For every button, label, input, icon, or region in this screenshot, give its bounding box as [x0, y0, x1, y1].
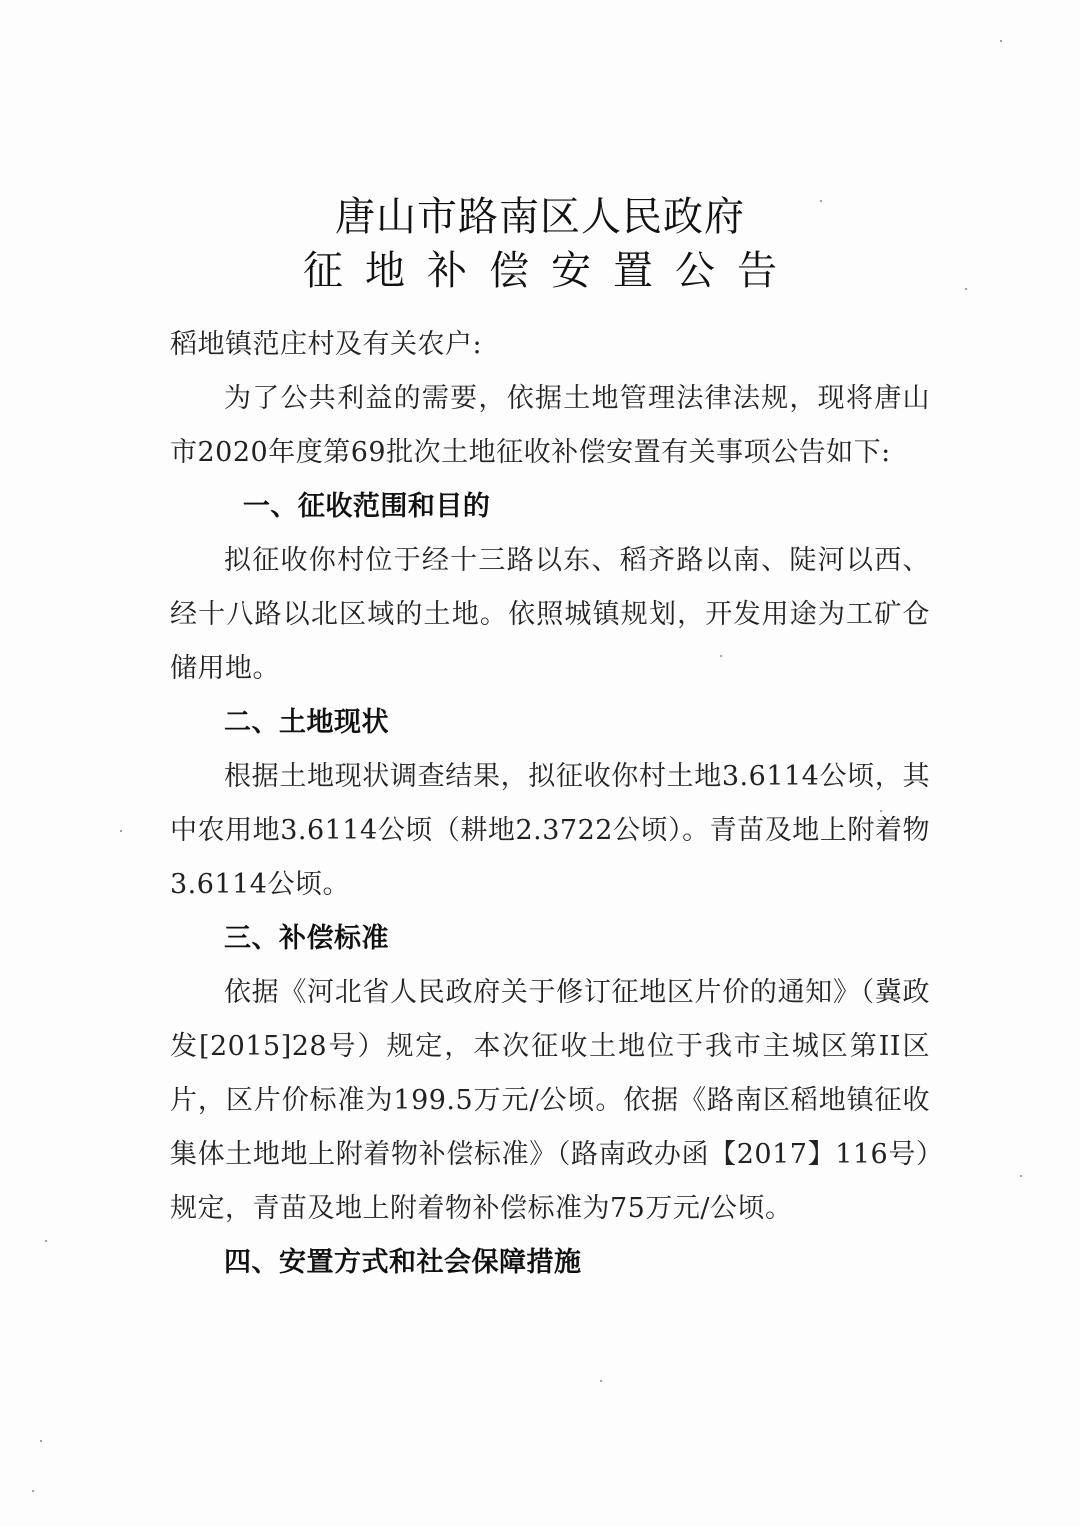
scan-speck — [40, 1440, 42, 1442]
title-subject: 征地补偿安置公告 — [22, 244, 1080, 298]
salutation: 稻地镇范庄村及有关农户: — [170, 318, 930, 372]
document-body: 稻地镇范庄村及有关农户: 为了公共利益的需要，依据土地管理法律法规，现将唐山市2… — [170, 318, 930, 1290]
scan-speck — [965, 288, 967, 290]
scan-speck — [720, 655, 722, 657]
scan-speck — [820, 200, 822, 202]
section-body-scope: 拟征收你村位于经十三路以东、稻齐路以南、陡河以西、经十八路以北区域的土地。依照城… — [170, 534, 930, 696]
section-heading-compensation: 三、补偿标准 — [170, 912, 930, 966]
scan-speck — [120, 830, 122, 832]
section-heading-scope: 一、征收范围和目的 — [170, 480, 930, 534]
scan-speck — [1000, 40, 1002, 42]
intro-paragraph: 为了公共利益的需要，依据土地管理法律法规，现将唐山市2020年度第69批次土地征… — [170, 372, 930, 480]
scan-speck — [45, 1240, 47, 1242]
section-heading-resettlement: 四、安置方式和社会保障措施 — [170, 1236, 930, 1290]
document-title: 唐山市路南区人民政府 征地补偿安置公告 — [0, 190, 1080, 298]
scan-speck — [1020, 1175, 1022, 1177]
scan-speck — [32, 1490, 34, 1492]
title-issuer: 唐山市路南区人民政府 — [0, 190, 1080, 244]
scan-speck — [880, 810, 882, 812]
scan-speck — [600, 1380, 602, 1382]
section-body-land-status: 根据土地现状调查结果，拟征收你村土地3.6114公顷，其中农用地3.6114公顷… — [170, 750, 930, 912]
section-body-compensation: 依据《河北省人民政府关于修订征地区片价的通知》（冀政发[2015]28号）规定，… — [170, 966, 930, 1236]
section-heading-land-status: 二、土地现状 — [170, 696, 930, 750]
scanned-document-page: 唐山市路南区人民政府 征地补偿安置公告 稻地镇范庄村及有关农户: 为了公共利益的… — [0, 0, 1080, 1526]
